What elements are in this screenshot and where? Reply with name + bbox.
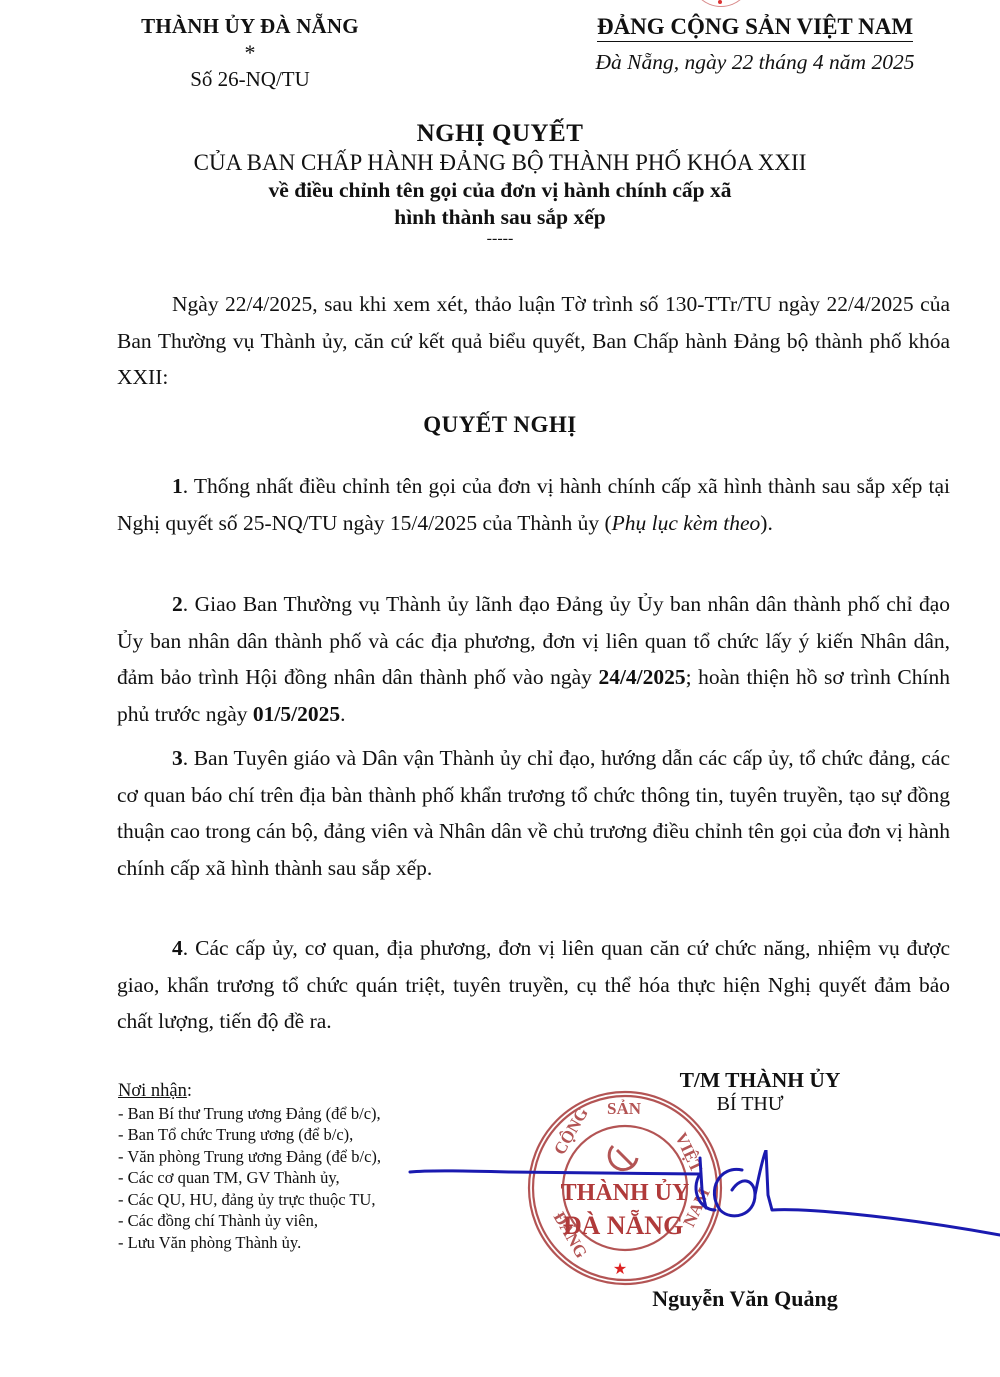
- article-text: . Ban Tuyên giáo và Dân vận Thành ủy chỉ…: [117, 746, 950, 880]
- signer-name: Nguyễn Văn Quảng: [580, 1286, 910, 1312]
- article-number: 4: [172, 936, 183, 960]
- top-stamp-fragment: [690, 0, 752, 7]
- article-number: 3: [172, 746, 183, 770]
- recipient-item: - Ban Tổ chức Trung ương (để b/c),: [118, 1124, 381, 1146]
- deadline-date: 01/5/2025: [253, 702, 340, 726]
- article-1: 1. Thống nhất điều chỉnh tên gọi của đơn…: [117, 468, 950, 541]
- stamp-ring-top: SẢN: [607, 1099, 642, 1118]
- deadline-date: 24/4/2025: [598, 665, 685, 689]
- article-number: 1: [172, 474, 183, 498]
- recipient-item: - Các cơ quan TM, GV Thành ủy,: [118, 1167, 381, 1189]
- place-date: Đà Nẵng, ngày 22 tháng 4 năm 2025: [555, 50, 955, 75]
- recipient-item: - Các đồng chí Thành ủy viên,: [118, 1210, 381, 1232]
- recipient-item: - Văn phòng Trung ương Đảng (để b/c),: [118, 1146, 381, 1168]
- recipient-item: - Ban Bí thư Trung ương Đảng (để b/c),: [118, 1103, 381, 1125]
- document-number: Số 26-NQ/TU: [100, 67, 400, 92]
- party-header: ĐẢNG CỘNG SẢN VIỆT NAM Đà Nẵng, ngày 22 …: [555, 14, 955, 75]
- article-tail: .: [340, 702, 345, 726]
- separator-star: *: [100, 43, 400, 63]
- issuer-header: THÀNH ỦY ĐÀ NẴNG * Số 26-NQ/TU: [100, 14, 400, 92]
- article-2: 2. Giao Ban Thường vụ Thành ủy lãnh đạo …: [117, 586, 950, 732]
- doc-subject-line2: hình thành sau sắp xếp: [0, 205, 1000, 230]
- organization-name: THÀNH ỦY ĐÀ NẴNG: [100, 14, 400, 39]
- intro-paragraph: Ngày 22/4/2025, sau khi xem xét, thảo lu…: [117, 286, 950, 396]
- appendix-ref: Phụ lục kèm theo: [612, 511, 761, 535]
- recipient-item: - Các QU, HU, đảng ủy trực thuộc TU,: [118, 1189, 381, 1211]
- stamp-star-icon: ★: [613, 1261, 627, 1278]
- party-name: ĐẢNG CỘNG SẢN VIỆT NAM: [597, 14, 913, 42]
- article-number: 2: [172, 592, 183, 616]
- article-4: 4. Các cấp ủy, cơ quan, địa phương, đơn …: [117, 930, 950, 1040]
- doc-type: NGHỊ QUYẾT: [0, 120, 1000, 148]
- recipient-item: - Lưu Văn phòng Thành ủy.: [118, 1232, 381, 1254]
- recipients-title: Nơi nhận: [118, 1081, 187, 1101]
- article-text: . Thống nhất điều chỉnh tên gọi của đơn …: [117, 474, 950, 535]
- recipients-colon: :: [187, 1081, 192, 1101]
- article-text: . Các cấp ủy, cơ quan, địa phương, đơn v…: [117, 936, 950, 1033]
- handwritten-signature: [370, 1150, 1000, 1250]
- doc-subject-line1: về điều chỉnh tên gọi của đơn vị hành ch…: [0, 178, 1000, 203]
- document-title: NGHỊ QUYẾT CỦA BAN CHẤP HÀNH ĐẢNG BỘ THÀ…: [0, 120, 1000, 248]
- decision-heading: QUYẾT NGHỊ: [0, 412, 1000, 438]
- article-3: 3. Ban Tuyên giáo và Dân vận Thành ủy ch…: [117, 740, 950, 886]
- article-tail: ).: [760, 511, 773, 535]
- doc-issuer: CỦA BAN CHẤP HÀNH ĐẢNG BỘ THÀNH PHỐ KHÓA…: [0, 150, 1000, 176]
- recipients-list: Nơi nhận: - Ban Bí thư Trung ương Đảng (…: [118, 1080, 381, 1253]
- title-divider: -----: [0, 230, 1000, 248]
